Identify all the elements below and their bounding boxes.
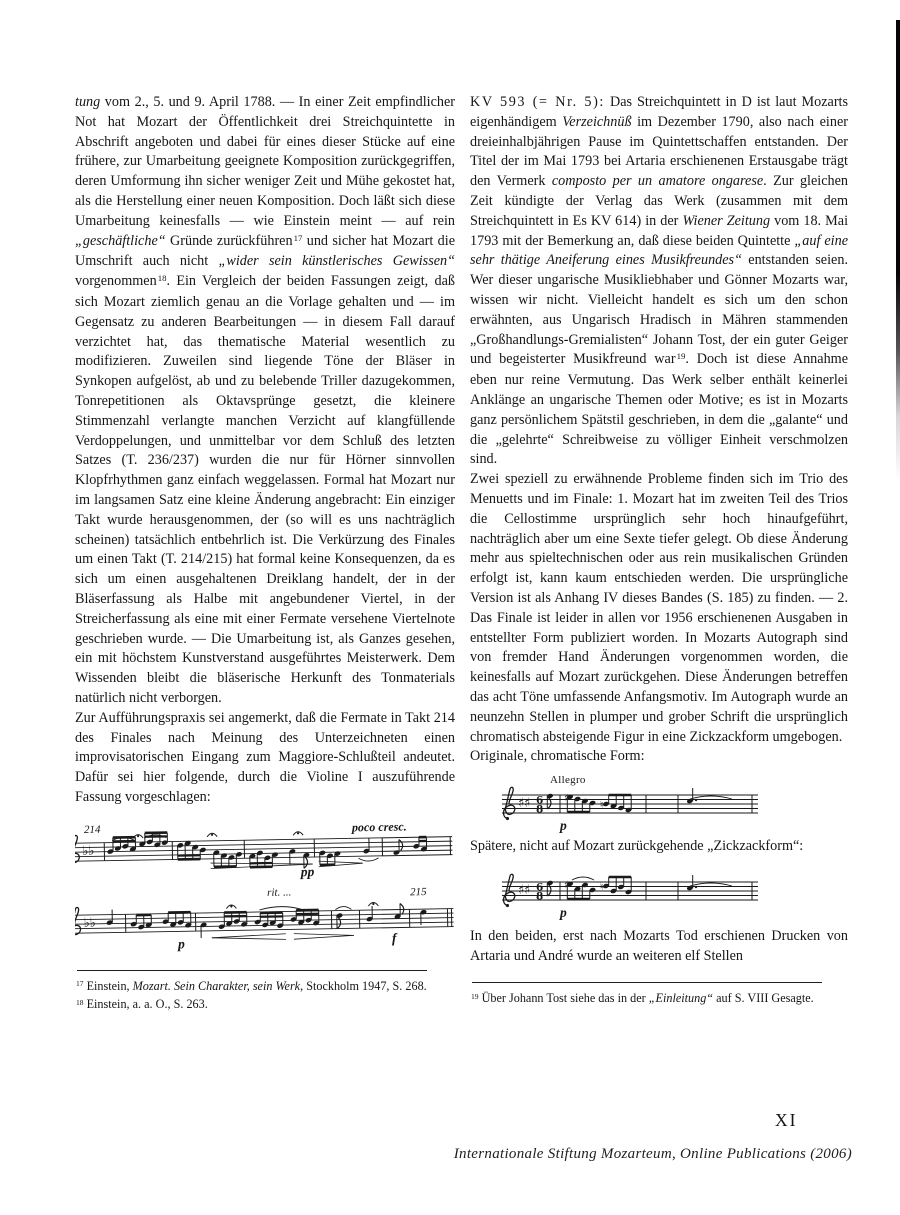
left-column: tung vom 2., 5. und 9. April 1788. — In … [75, 93, 455, 1178]
p-marking: p [178, 934, 185, 954]
footer-credit: Internationale Stiftung Mozarteum, Onlin… [440, 1146, 852, 1163]
p-marking: p [560, 816, 567, 836]
music-example-finale: ♭♭♭♭ 214 poco cresc. pp rit. ... 215 p f [75, 814, 455, 957]
footnote-17: 17 Einstein, Mozart. Sein Charakter, sei… [75, 978, 455, 997]
svg-text:8: 8 [536, 804, 543, 816]
footnote-rule-left [77, 970, 427, 971]
music-notation-svg: ♯♯68♯♮ [500, 868, 762, 918]
right-para-1: KV 593 (= Nr. 5): Das Streichquintett in… [470, 93, 848, 470]
scan-edge-artifact [896, 20, 900, 480]
p-marking: p [560, 903, 567, 923]
svg-text:♯: ♯ [524, 883, 530, 898]
bar-number-215: 215 [410, 883, 427, 903]
page-number: XI [775, 1110, 797, 1131]
left-para-2: Zur Aufführungspraxis sei angemerkt, daß… [75, 709, 455, 808]
svg-text:♮: ♮ [600, 800, 604, 811]
left-para-1: tung vom 2., 5. und 9. April 1788. — In … [75, 93, 455, 709]
pp-marking: pp [301, 862, 315, 882]
svg-text:♭: ♭ [88, 844, 94, 859]
svg-text:♭: ♭ [89, 916, 95, 931]
poco-cresc-marking: poco cresc. [352, 817, 407, 838]
music-example-chromatic: Allegro ♯♯68♯♮ p [500, 772, 768, 832]
bar-number-214: 214 [84, 820, 101, 840]
f-marking: f [392, 928, 397, 948]
right-para-2: Zwei speziell zu erwähnende Probleme fin… [470, 470, 848, 747]
caption-original-form: Originale, chromatische Form: [470, 747, 848, 767]
svg-text:♯: ♯ [524, 796, 530, 811]
music-notation-svg: ♯♯68♯♮ [500, 781, 762, 831]
footnote-19: 19 Über Johann Tost siehe das in der „Ei… [470, 990, 848, 1009]
footnote-18: 18 Einstein, a. a. O., S. 263. [75, 996, 455, 1015]
svg-text:♮: ♮ [600, 882, 604, 893]
rit-marking: rit. ... [267, 883, 291, 903]
right-para-closing: In den beiden, erst nach Mozarts Tod ers… [470, 927, 848, 967]
right-para-zigzag: Spätere, nicht auf Mozart zurückgehende … [470, 837, 848, 857]
svg-text:8: 8 [536, 890, 543, 902]
footnote-rule-right [472, 982, 822, 983]
scanned-page: tung vom 2., 5. und 9. April 1788. — In … [0, 0, 900, 1215]
right-column: KV 593 (= Nr. 5): Das Streichquintett in… [470, 93, 848, 1178]
music-example-zigzag: ♯♯68♯♮ p [500, 862, 768, 922]
